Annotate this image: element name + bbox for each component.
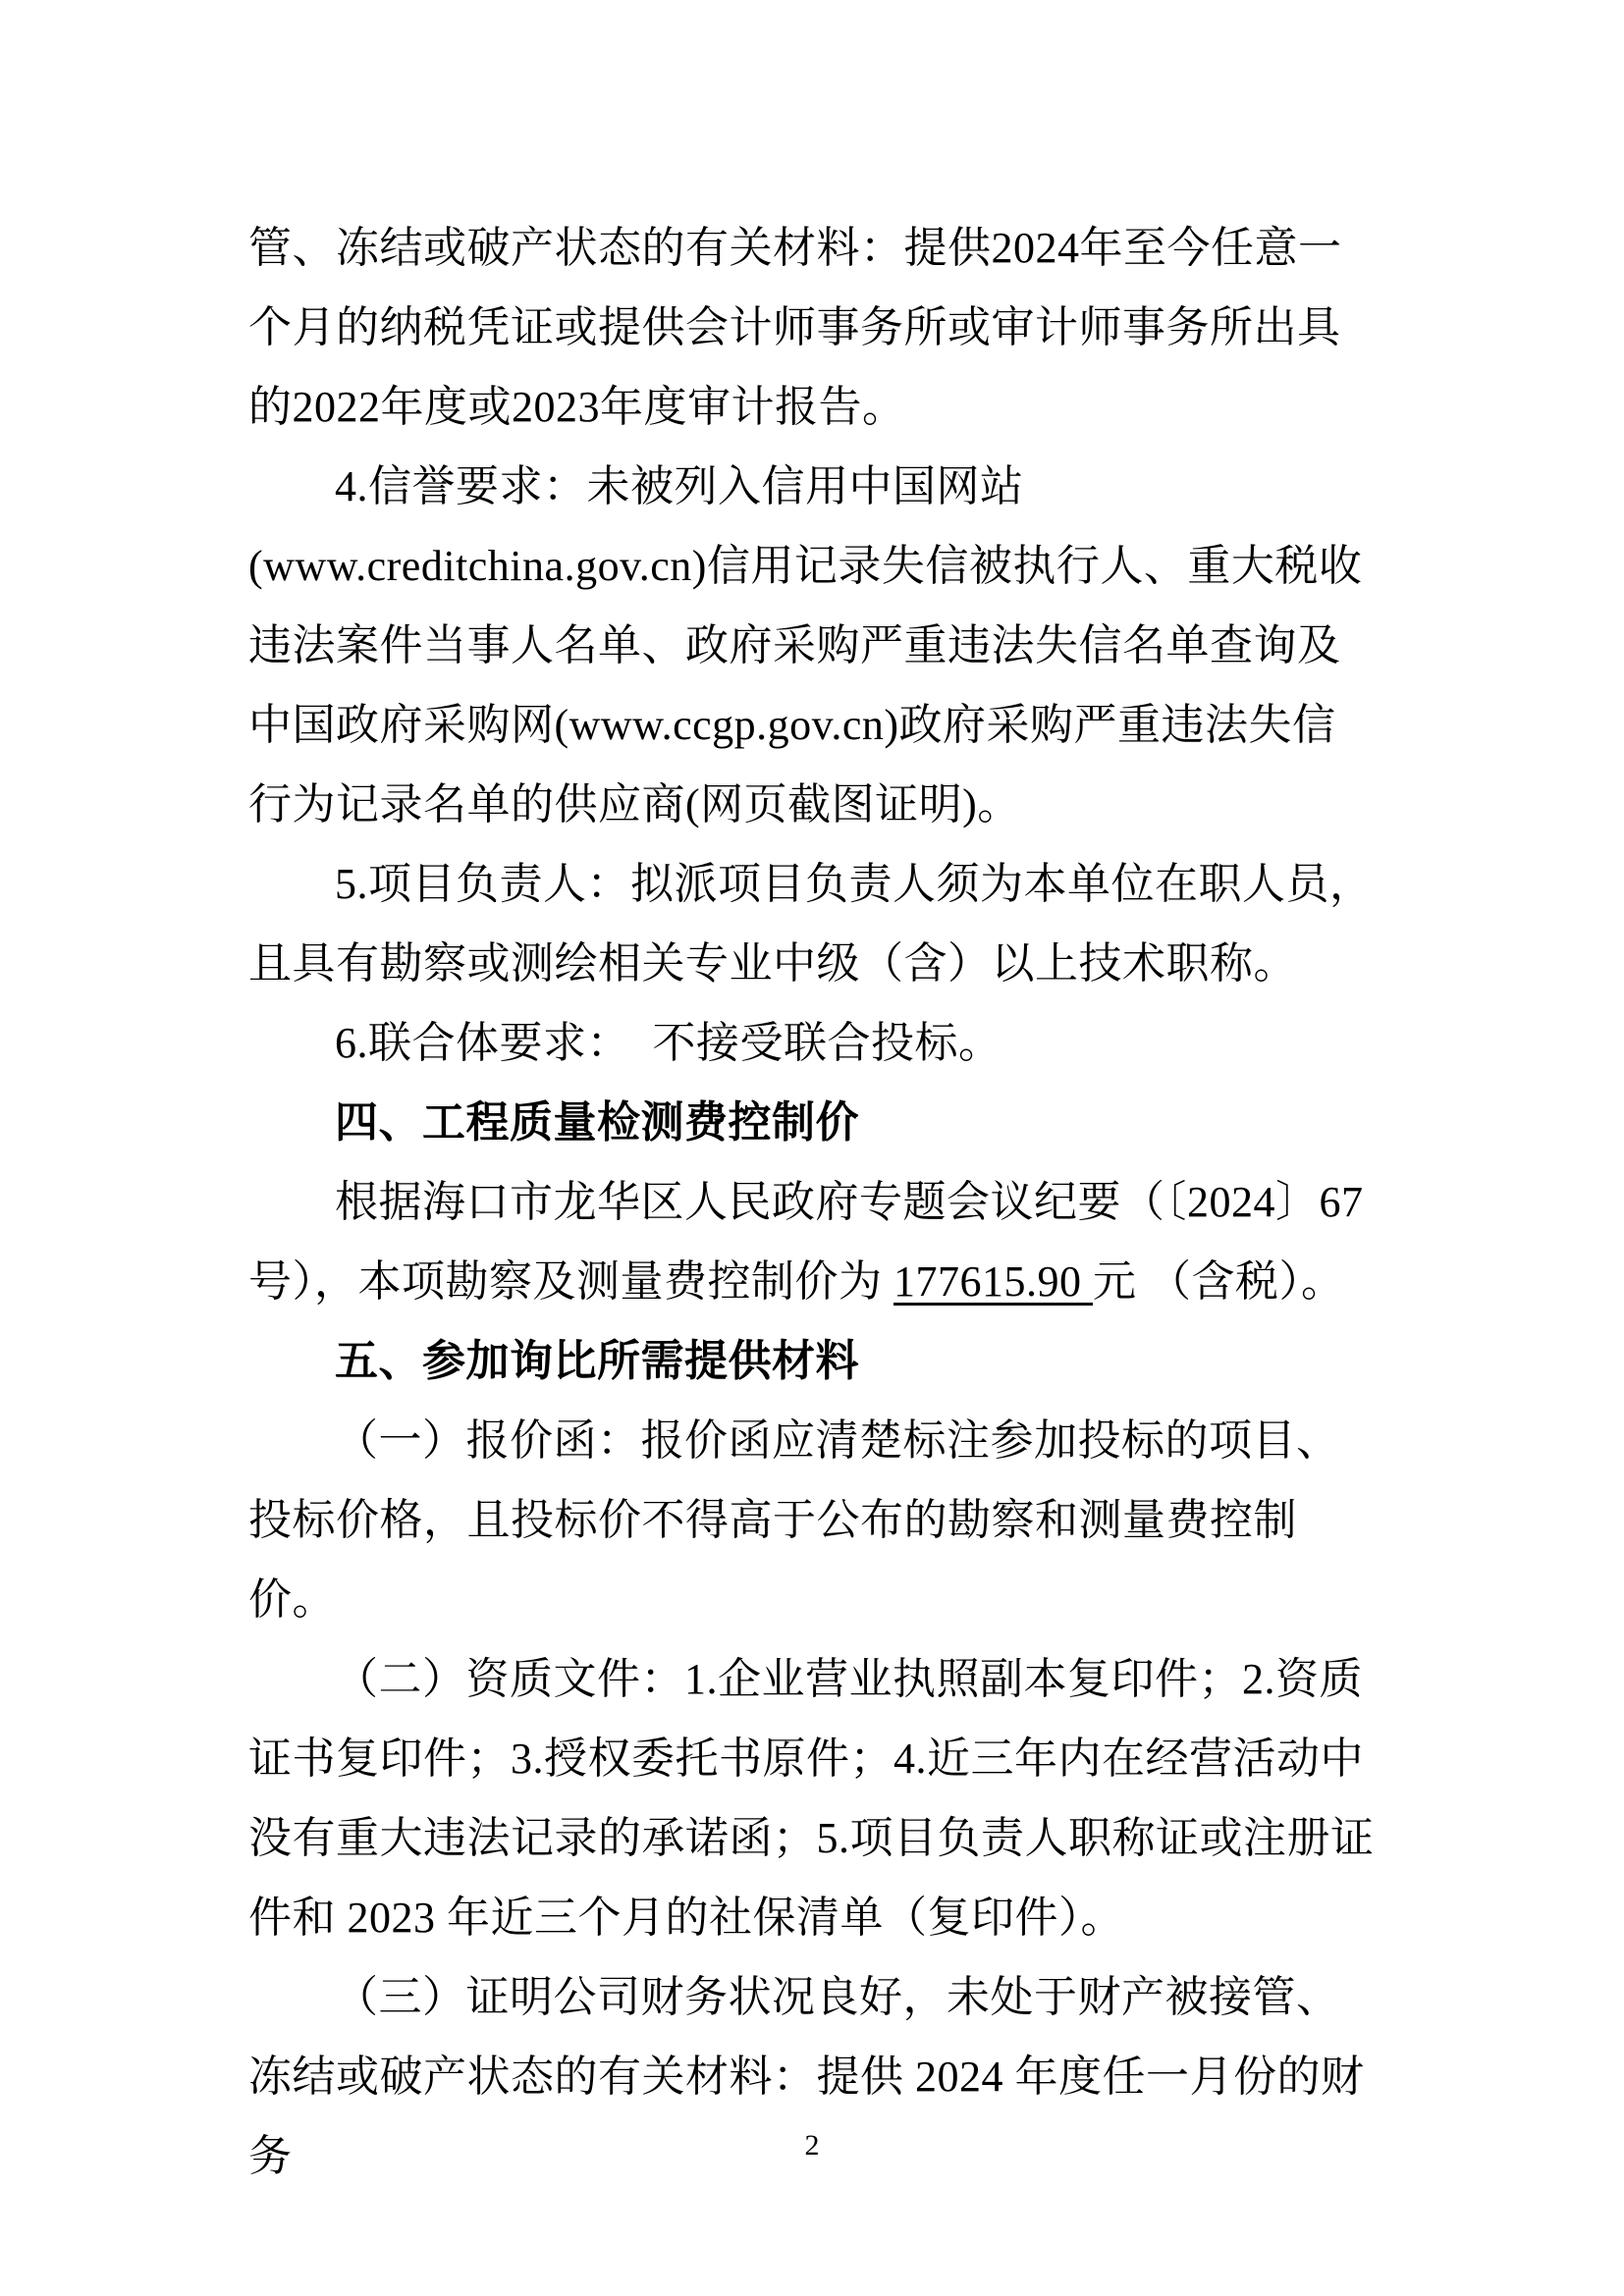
paragraph-control-price: 根据海口市龙华区人民政府专题会议纪要（〔2024〕67号），本项勘察及测量费控制… (248, 1162, 1376, 1321)
control-price-suffix: 元 （含税）。 (1093, 1257, 1345, 1306)
section-heading-required-materials: 五、参加询比所需提供材料 (248, 1321, 1376, 1401)
control-price-value: 177615.90 (893, 1257, 1093, 1306)
section-heading-control-price: 四、工程质量检测费控制价 (248, 1083, 1376, 1162)
paragraph-project-leader-requirement: 5.项目负责人：拟派项目负责人须为本单位在职人员，且具有勘察或测绘相关专业中级（… (248, 844, 1376, 1003)
page-number: 2 (0, 2128, 1624, 2163)
paragraph-tax-material-continuation: 管、冻结或破产状态的有关材料：提供2024年至今任意一个月的纳税凭证或提供会计师… (248, 208, 1376, 447)
paragraph-consortium-requirement: 6.联合体要求： 不接受联合投标。 (248, 1003, 1376, 1083)
document-body: 管、冻结或破产状态的有关材料：提供2024年至今任意一个月的纳税凭证或提供会计师… (248, 208, 1376, 2196)
paragraph-credit-requirement: 4.信誉要求：未被列入信用中国网站(www.creditchina.gov.cn… (248, 447, 1376, 844)
paragraph-quotation-letter: （一）报价函：报价函应清楚标注参加投标的项目、投标价格，且投标价不得高于公布的勘… (248, 1401, 1376, 1639)
document-page: 管、冻结或破产状态的有关材料：提供2024年至今任意一个月的纳税凭证或提供会计师… (0, 0, 1624, 2296)
paragraph-qualification-documents: （二）资质文件：1.企业营业执照副本复印件；2.资质证书复印件；3.授权委托书原… (248, 1639, 1376, 1957)
